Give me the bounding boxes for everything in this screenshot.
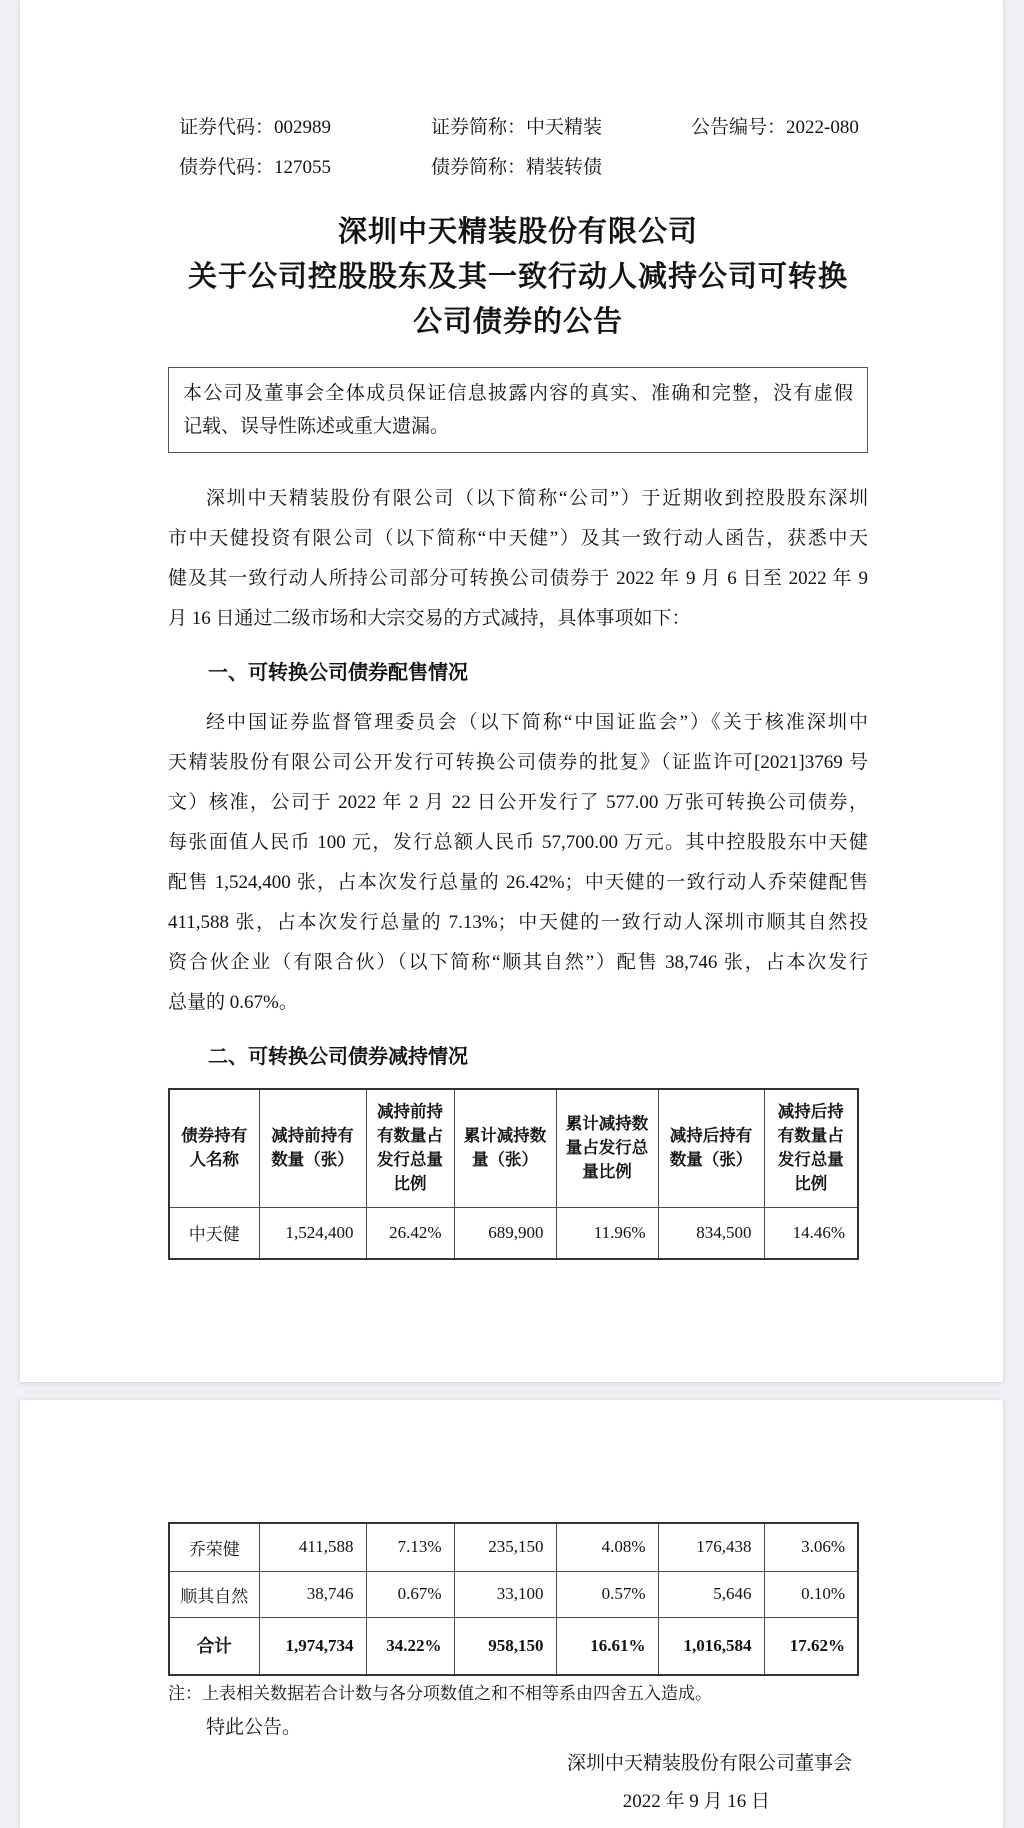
body-line: 资合伙企业（有限合伙）（以下简称“顺其自然”）配售 38,746 张，占本次发行 (168, 943, 868, 983)
paragraph-intro: 深圳中天精装股份有限公司（以下简称“公司”）于近期收到控股股东深圳 市中天健投资… (168, 479, 868, 639)
bond-code: 债券代码：127055 (179, 152, 331, 179)
security-name: 证券简称：中天精装 (431, 112, 602, 139)
after-qty: 834,500 (658, 1207, 764, 1259)
body-line: 411,588 张，占本次发行总量的 7.13%；中天健的一致行动人深圳市顺其自… (168, 903, 868, 943)
reduced-pct: 4.08% (556, 1523, 658, 1571)
paragraph-allotment: 经中国证券监督管理委员会（以下简称“中国证监会”）《关于核准深圳中 天精装股份有… (168, 703, 868, 1023)
document-title: 深圳中天精装股份有限公司 关于公司控股股东及其一致行动人减持公司可转换 公司债券… (168, 210, 868, 345)
holder-name: 顺其自然 (169, 1571, 259, 1617)
table-header-row: 债券持有人名称 减持前持有数量（张） 减持前持有数量占发行总量比例 累计减持数量… (169, 1089, 858, 1207)
table-row-qiaorongjian: 乔荣健 411,588 7.13% 235,150 4.08% 176,438 … (169, 1523, 858, 1571)
col-header-reduced-pct: 累计减持数量占发行总量比例 (556, 1089, 658, 1207)
total-after-pct: 17.62% (764, 1617, 858, 1675)
doc-header: 证券代码：002989 证券简称：中天精装 公告编号：2022-080 债券代码… (168, 0, 868, 192)
body-line: 深圳中天精装股份有限公司（以下简称“公司”）于近期收到控股股东深圳 (168, 479, 868, 519)
col-header-reduced-qty: 累计减持数量（张） (454, 1089, 556, 1207)
after-pct: 0.10% (764, 1571, 858, 1617)
table-row-zhongtianjian: 中天健 1,524,400 26.42% 689,900 11.96% 834,… (169, 1207, 858, 1259)
before-pct: 7.13% (366, 1523, 454, 1571)
body-line: 健及其一致行动人所持公司部分可转换公司债券于 2022 年 9 月 6 日至 2… (168, 559, 868, 599)
body-line: 总量的 0.67%。 (168, 983, 868, 1023)
after-qty: 176,438 (658, 1523, 764, 1571)
table-row-shunqiziran: 顺其自然 38,746 0.67% 33,100 0.57% 5,646 0.1… (169, 1571, 858, 1617)
body-line: 市中天健投资有限公司（以下简称“中天健”）及其一致行动人函告，获悉中天 (168, 519, 868, 559)
announcement-date: 2022 年 9 月 16 日 (168, 1787, 868, 1817)
body-line: 文）核准，公司于 2022 年 2 月 22 日公开发行了 577.00 万张可… (168, 783, 868, 823)
total-reduced-pct: 16.61% (556, 1617, 658, 1675)
holder-name: 中天健 (169, 1207, 259, 1259)
body-line: 月 16 日通过二级市场和大宗交易的方式减持，具体事项如下： (168, 599, 868, 639)
before-qty: 411,588 (259, 1523, 366, 1571)
disclosure-notice-box: 本公司及董事会全体成员保证信息披露内容的真实、准确和完整，没有虚假 记载、误导性… (168, 367, 868, 453)
before-qty: 1,524,400 (259, 1207, 366, 1259)
table-row-total: 合计 1,974,734 34.22% 958,150 16.61% 1,016… (169, 1617, 858, 1675)
title-line-1: 深圳中天精装股份有限公司 (168, 210, 868, 255)
col-header-before-qty: 减持前持有数量（张） (259, 1089, 366, 1207)
total-before-pct: 34.22% (366, 1617, 454, 1675)
col-header-holder: 债券持有人名称 (169, 1089, 259, 1207)
after-pct: 3.06% (764, 1523, 858, 1571)
rounding-note: 注：上表相关数据若合计数与各分项数值之和不相等系由四舍五入造成。 (168, 1681, 868, 1707)
total-before-qty: 1,974,734 (259, 1617, 366, 1675)
title-line-3: 公司债券的公告 (168, 300, 868, 345)
col-header-after-qty: 减持后持有数量（张） (658, 1089, 764, 1207)
before-qty: 38,746 (259, 1571, 366, 1617)
before-pct: 0.67% (366, 1571, 454, 1617)
col-header-after-pct: 减持后持有数量占发行总量比例 (764, 1089, 858, 1207)
announcement-number: 公告编号：2022-080 (691, 112, 859, 139)
notice-line: 本公司及董事会全体成员保证信息披露内容的真实、准确和完整，没有虚假 (183, 377, 853, 410)
total-after-qty: 1,016,584 (658, 1617, 764, 1675)
reduced-pct: 11.96% (556, 1207, 658, 1259)
after-qty: 5,646 (658, 1571, 764, 1617)
document-viewer[interactable]: { "viewer": { "background": "#eef0f4", "… (0, 0, 1024, 1828)
bond-name: 债券简称：精装转债 (431, 152, 602, 179)
signature-board: 深圳中天精装股份有限公司董事会 (168, 1749, 868, 1779)
total-label: 合计 (169, 1617, 259, 1675)
security-code: 证券代码：002989 (179, 112, 331, 139)
body-line: 天精装股份有限公司公开发行可转换公司债券的批复》（证监许可[2021]3769 … (168, 743, 868, 783)
section-heading-2: 二、可转换公司债券减持情况 (168, 1037, 868, 1077)
holdings-table-continued: 乔荣健 411,588 7.13% 235,150 4.08% 176,438 … (168, 1522, 859, 1676)
document-page-2: 乔荣健 411,588 7.13% 235,150 4.08% 176,438 … (20, 1400, 1003, 1828)
reduced-qty: 689,900 (454, 1207, 556, 1259)
after-pct: 14.46% (764, 1207, 858, 1259)
reduced-qty: 33,100 (454, 1571, 556, 1617)
notice-line: 记载、误导性陈述或重大遗漏。 (183, 410, 853, 443)
total-reduced-qty: 958,150 (454, 1617, 556, 1675)
header-row-securities: 证券代码：002989 证券简称：中天精装 公告编号：2022-080 (168, 112, 868, 152)
header-row-bond: 债券代码：127055 债券简称：精装转债 (168, 152, 868, 192)
before-pct: 26.42% (366, 1207, 454, 1259)
reduced-pct: 0.57% (556, 1571, 658, 1617)
section-heading-1: 一、可转换公司债券配售情况 (168, 653, 868, 693)
closing-statement: 特此公告。 (168, 1713, 868, 1743)
holdings-table: 债券持有人名称 减持前持有数量（张） 减持前持有数量占发行总量比例 累计减持数量… (168, 1088, 859, 1260)
title-line-2: 关于公司控股股东及其一致行动人减持公司可转换 (168, 255, 868, 300)
reduced-qty: 235,150 (454, 1523, 556, 1571)
body-line: 每张面值人民币 100 元，发行总额人民币 57,700.00 万元。其中控股股… (168, 823, 868, 863)
holder-name: 乔荣健 (169, 1523, 259, 1571)
body-line: 配售 1,524,400 张，占本次发行总量的 26.42%；中天健的一致行动人… (168, 863, 868, 903)
document-page-1: 证券代码：002989 证券简称：中天精装 公告编号：2022-080 债券代码… (20, 0, 1003, 1382)
body-line: 经中国证券监督管理委员会（以下简称“中国证监会”）《关于核准深圳中 (168, 703, 868, 743)
col-header-before-pct: 减持前持有数量占发行总量比例 (366, 1089, 454, 1207)
